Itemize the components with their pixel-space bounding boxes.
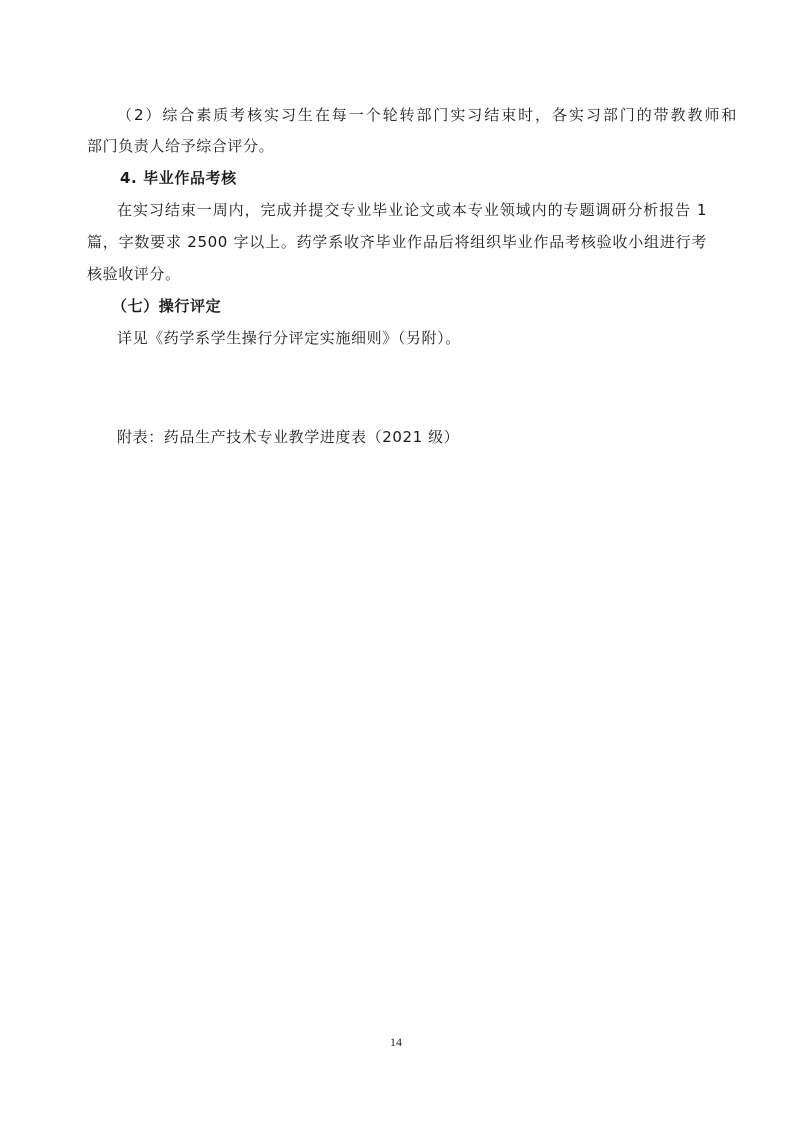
section-7-line: 详见《药学系学生操行分评定实施细则》（另附）。 xyxy=(117,328,737,348)
section-4-heading: 4. 毕业作品考核 xyxy=(120,168,740,188)
paragraph-comprehensive-quality-line-1: （2）综合素质考核实习生在每一个轮转部门实习结束时，各实习部门的带教教师和 xyxy=(117,105,737,125)
document-page: （2）综合素质考核实习生在每一个轮转部门实习结束时，各实习部门的带教教师和 部门… xyxy=(0,0,792,1121)
section-4-line-2: 篇，字数要求 2500 字以上。药学系收齐毕业作品后将组织毕业作品考核验收小组进… xyxy=(87,232,707,252)
section-4-line-3: 核验收评分。 xyxy=(87,264,707,284)
page-number: 14 xyxy=(0,1035,792,1050)
paragraph-comprehensive-quality-line-2: 部门负责人给予综合评分。 xyxy=(87,136,707,156)
appendix-reference: 附表：药品生产技术专业教学进度表（2021 级） xyxy=(117,427,737,447)
section-7-heading: （七）操行评定 xyxy=(112,296,732,316)
section-4-line-1: 在实习结束一周内，完成并提交专业毕业论文或本专业领域内的专题调研分析报告 1 xyxy=(117,200,707,220)
